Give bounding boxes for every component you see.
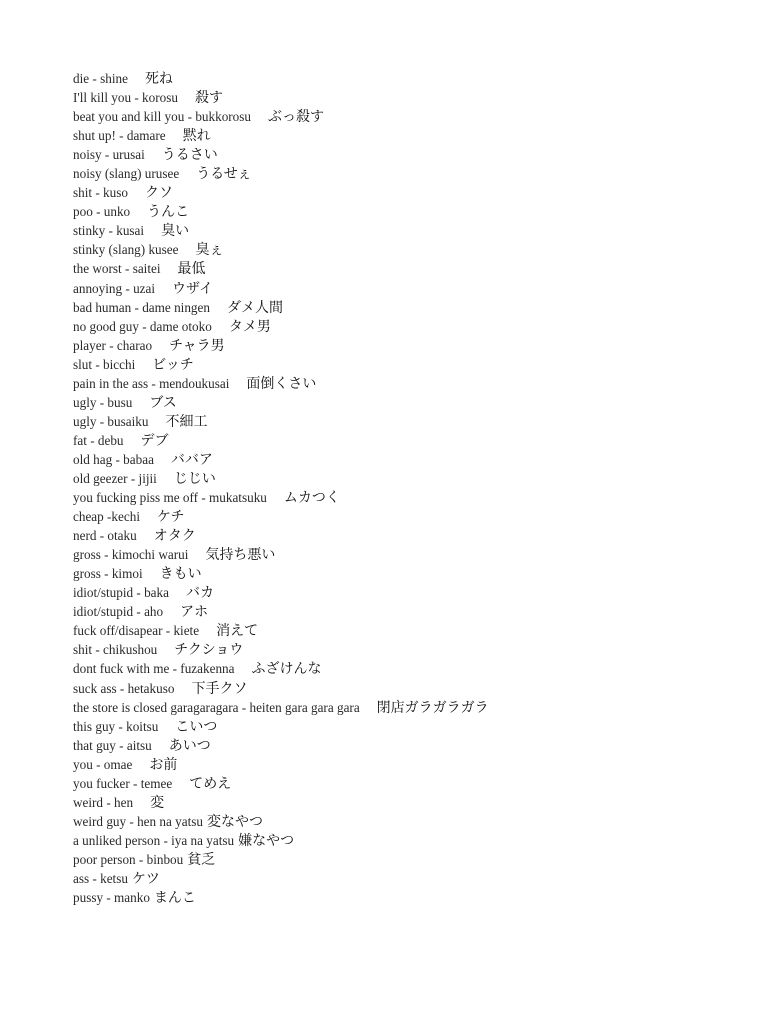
japanese-term: ビッチ [152, 357, 193, 373]
japanese-term: うるさい [162, 147, 218, 163]
english-term: gross - kimochi warui [73, 547, 188, 562]
english-term: poo - unko [73, 204, 130, 219]
english-term: slut - bicchi [73, 357, 135, 372]
english-term: annoying - uzai [73, 281, 155, 296]
english-term: fat - debu [73, 433, 124, 448]
japanese-term: こいつ [175, 719, 217, 735]
list-item: old hag - babaaババア [73, 450, 489, 469]
japanese-term: じじい [174, 471, 216, 487]
english-term: shit - kuso [73, 185, 128, 200]
japanese-term: お前 [149, 757, 177, 773]
list-item: gross - kimoiきもい [73, 564, 489, 583]
english-term: player - charao [73, 338, 152, 353]
list-item: the worst - saitei最低 [73, 259, 489, 278]
english-term: bad human - dame ningen [73, 300, 210, 315]
japanese-term: まんこ [154, 890, 196, 906]
japanese-term: 消えて [216, 623, 258, 639]
english-term: old hag - babaa [73, 452, 154, 467]
japanese-term: きもい [160, 566, 202, 582]
list-item: shut up! - damare黙れ [73, 126, 489, 145]
japanese-term: 変 [150, 795, 164, 811]
english-term: no good guy - dame otoko [73, 319, 212, 334]
japanese-term: あいつ [169, 738, 211, 754]
list-item: weird - hen変 [73, 793, 489, 812]
japanese-term: 貧乏 [187, 852, 215, 868]
japanese-term: ぶっ殺す [268, 109, 324, 125]
english-term: die - shine [73, 71, 128, 86]
japanese-term: 下手クソ [191, 681, 247, 697]
english-term: this guy - koitsu [73, 719, 158, 734]
list-item: dont fuck with me - fuzakennaふざけんな [73, 659, 489, 678]
japanese-term: 臭ぇ [195, 242, 223, 258]
japanese-term: 臭い [161, 223, 189, 239]
list-item: slut - bicchiビッチ [73, 355, 489, 374]
list-item: pain in the ass - mendoukusai面倒くさい [73, 374, 489, 393]
list-item: old geezer - jijiiじじい [73, 469, 489, 488]
japanese-term: うんこ [147, 204, 189, 220]
english-term: that guy - aitsu [73, 738, 152, 753]
list-item: ass - ketsuケツ [73, 869, 489, 888]
english-term: ass - ketsu [73, 871, 128, 886]
english-term: fuck off/disapear - kiete [73, 623, 199, 638]
japanese-term: 殺す [195, 90, 223, 106]
list-item: noisy (slang) uruseeうるせぇ [73, 164, 489, 183]
english-term: idiot/stupid - aho [73, 604, 163, 619]
list-item: stinky - kusai臭い [73, 221, 489, 240]
japanese-term: アホ [180, 604, 208, 620]
list-item: fuck off/disapear - kiete消えて [73, 621, 489, 640]
japanese-term: てめえ [189, 776, 231, 792]
list-item: shit - chikushouチクショウ [73, 640, 489, 659]
list-item: annoying - uzaiウザイ [73, 279, 489, 298]
list-item: that guy - aitsuあいつ [73, 736, 489, 755]
english-term: noisy (slang) urusee [73, 166, 179, 181]
japanese-term: チャラ男 [169, 338, 225, 354]
japanese-term: ウザイ [172, 281, 213, 297]
english-term: pain in the ass - mendoukusai [73, 376, 229, 391]
list-item: poor person - binbou貧乏 [73, 850, 489, 869]
english-term: suck ass - hetakuso [73, 681, 174, 696]
english-term: weird - hen [73, 795, 133, 810]
list-item: fat - debuデブ [73, 431, 489, 450]
english-term: you - omae [73, 757, 132, 772]
japanese-term: 変なやつ [207, 814, 263, 830]
japanese-term: タメ男 [229, 319, 271, 335]
list-item: die - shine死ね [73, 69, 489, 88]
japanese-term: クソ [145, 185, 173, 201]
japanese-term: ダメ人間 [227, 300, 283, 316]
list-item: you fucking piss me off - mukatsukuムカつく [73, 488, 489, 507]
list-item: gross - kimochi warui気持ち悪い [73, 545, 489, 564]
japanese-term: ふざけんな [252, 661, 322, 677]
english-term: ugly - busaiku [73, 414, 148, 429]
list-item: idiot/stupid - ahoアホ [73, 602, 489, 621]
japanese-term: ムカつく [284, 490, 340, 506]
japanese-term: バカ [186, 585, 214, 601]
list-item: beat you and kill you - bukkorosuぶっ殺す [73, 107, 489, 126]
english-term: the store is closed garagaragara - heite… [73, 700, 360, 715]
japanese-term: 閉店ガラガラガラ [377, 700, 489, 716]
english-term: I'll kill you - korosu [73, 90, 178, 105]
japanese-term: 黙れ [183, 128, 211, 144]
list-item: poo - unkoうんこ [73, 202, 489, 221]
list-item: weird guy - hen na yatsu変なやつ [73, 812, 489, 831]
japanese-term: 最低 [178, 261, 206, 277]
english-term: you fucker - temee [73, 776, 172, 791]
english-term: cheap -kechi [73, 509, 140, 524]
english-term: idiot/stupid - baka [73, 585, 169, 600]
english-term: shit - chikushou [73, 642, 157, 657]
japanese-term: ケツ [132, 871, 160, 887]
list-item: noisy - urusaiうるさい [73, 145, 489, 164]
english-term: stinky (slang) kusee [73, 242, 178, 257]
english-term: gross - kimoi [73, 566, 143, 581]
english-term: poor person - binbou [73, 852, 183, 867]
list-item: ugly - busuブス [73, 393, 489, 412]
japanese-term: 面倒くさい [246, 376, 316, 392]
japanese-term: 嫌なやつ [238, 833, 294, 849]
japanese-term: 死ね [145, 71, 173, 87]
list-item: stinky (slang) kusee臭ぇ [73, 240, 489, 259]
english-term: you fucking piss me off - mukatsuku [73, 490, 267, 505]
list-item: this guy - koitsuこいつ [73, 717, 489, 736]
japanese-term: うるせぇ [196, 166, 251, 182]
list-item: nerd - otakuオタク [73, 526, 489, 545]
list-item: you - omaeお前 [73, 755, 489, 774]
japanese-term: デブ [141, 433, 169, 449]
list-item: ugly - busaiku不細工 [73, 412, 489, 431]
list-item: a unliked person - iya na yatsu嫌なやつ [73, 831, 489, 850]
list-item: player - charaoチャラ男 [73, 336, 489, 355]
japanese-term: ブス [149, 395, 176, 411]
japanese-term: チクショウ [174, 642, 243, 658]
english-term: dont fuck with me - fuzakenna [73, 661, 235, 676]
english-term: beat you and kill you - bukkorosu [73, 109, 251, 124]
list-item: bad human - dame ningenダメ人間 [73, 298, 489, 317]
japanese-term: 気持ち悪い [205, 547, 275, 563]
list-item: pussy - mankoまんこ [73, 888, 489, 907]
english-term: nerd - otaku [73, 528, 137, 543]
english-term: pussy - manko [73, 890, 150, 905]
list-item: shit - kusoクソ [73, 183, 489, 202]
english-term: old geezer - jijii [73, 471, 157, 486]
vocabulary-list: die - shine死ねI'll kill you - korosu殺すbea… [73, 69, 489, 907]
japanese-term: ババア [171, 452, 213, 468]
list-item: idiot/stupid - bakaバカ [73, 583, 489, 602]
list-item: suck ass - hetakuso下手クソ [73, 679, 489, 698]
english-term: weird guy - hen na yatsu [73, 814, 203, 829]
japanese-term: オタク [154, 528, 196, 544]
english-term: a unliked person - iya na yatsu [73, 833, 234, 848]
list-item: you fucker - temeeてめえ [73, 774, 489, 793]
english-term: stinky - kusai [73, 223, 144, 238]
list-item: no good guy - dame otokoタメ男 [73, 317, 489, 336]
english-term: the worst - saitei [73, 261, 161, 276]
list-item: cheap -kechiケチ [73, 507, 489, 526]
list-item: the store is closed garagaragara - heite… [73, 698, 489, 717]
list-item: I'll kill you - korosu殺す [73, 88, 489, 107]
english-term: shut up! - damare [73, 128, 166, 143]
japanese-term: 不細工 [165, 414, 207, 430]
english-term: noisy - urusai [73, 147, 145, 162]
english-term: ugly - busu [73, 395, 132, 410]
japanese-term: ケチ [157, 509, 184, 525]
